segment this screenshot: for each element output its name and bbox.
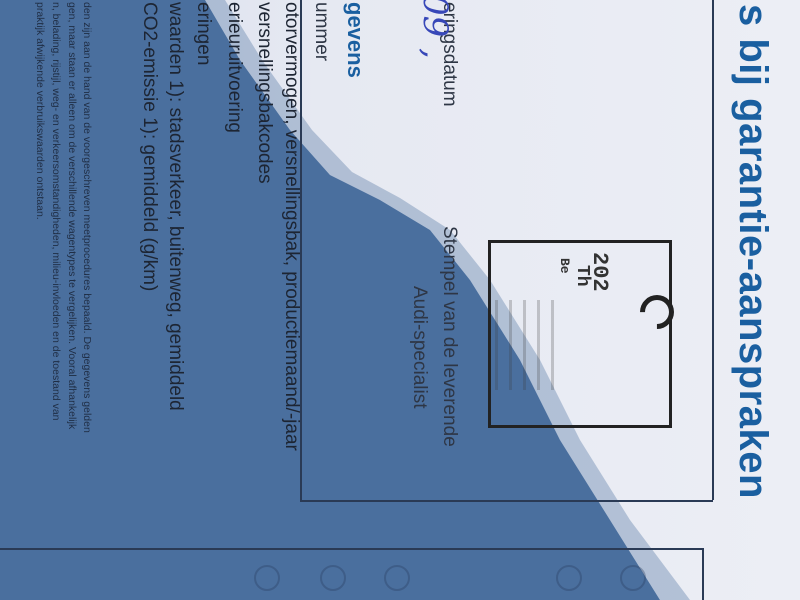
- stamp-line-1: Th: [572, 265, 592, 287]
- footnote-line-1: den zijn aan de hand van de voorgeschrev…: [79, 2, 95, 433]
- stamp-line-2: Be: [557, 258, 572, 274]
- footnote-line-4: praktijk afwijkende verbruikswaarden ont…: [32, 2, 48, 220]
- field-changes: eringen: [192, 2, 214, 65]
- field-series-version: erieuruitvoering: [223, 2, 245, 133]
- field-co2-emission: CO2-emissie 1): gemiddeld (g/km): [138, 2, 160, 291]
- stamp-label-line-1: Stempel van de leverende: [438, 226, 460, 447]
- field-number: ummer: [310, 2, 332, 61]
- field-consumption-values: waarden 1): stadsverkeer, buitenweg, gem…: [164, 2, 186, 411]
- circle-mark-4: [556, 565, 582, 591]
- box-bottom-line: [300, 500, 713, 502]
- circle-mark-5: [620, 565, 646, 591]
- stamp-label-line-2: Audi-specialist: [408, 286, 430, 409]
- circle-mark-3: [384, 565, 410, 591]
- page-title: s bij garantie-aanspraken: [730, 4, 775, 499]
- section-heading: gevens: [342, 2, 368, 78]
- circle-mark-1: [254, 565, 280, 591]
- circle-mark-2: [320, 565, 346, 591]
- footnote-line-3: n, belading, rijstijl, weg- en verkeerso…: [48, 2, 64, 421]
- field-gearbox-codes: versnellingsbakcodes: [253, 2, 275, 184]
- lower-section-top-line: [0, 548, 704, 550]
- right-frame-line: [712, 0, 714, 500]
- handwritten-date: 09 ,: [415, 0, 455, 59]
- lower-section-right-line: [702, 548, 704, 600]
- stamp-faded-lines: [495, 300, 565, 390]
- field-engine-gearbox-production: otorvermogen, versnellingsbak, productie…: [280, 2, 302, 451]
- footnote-line-2: gen, maar staan er alleen om de verschil…: [64, 2, 80, 429]
